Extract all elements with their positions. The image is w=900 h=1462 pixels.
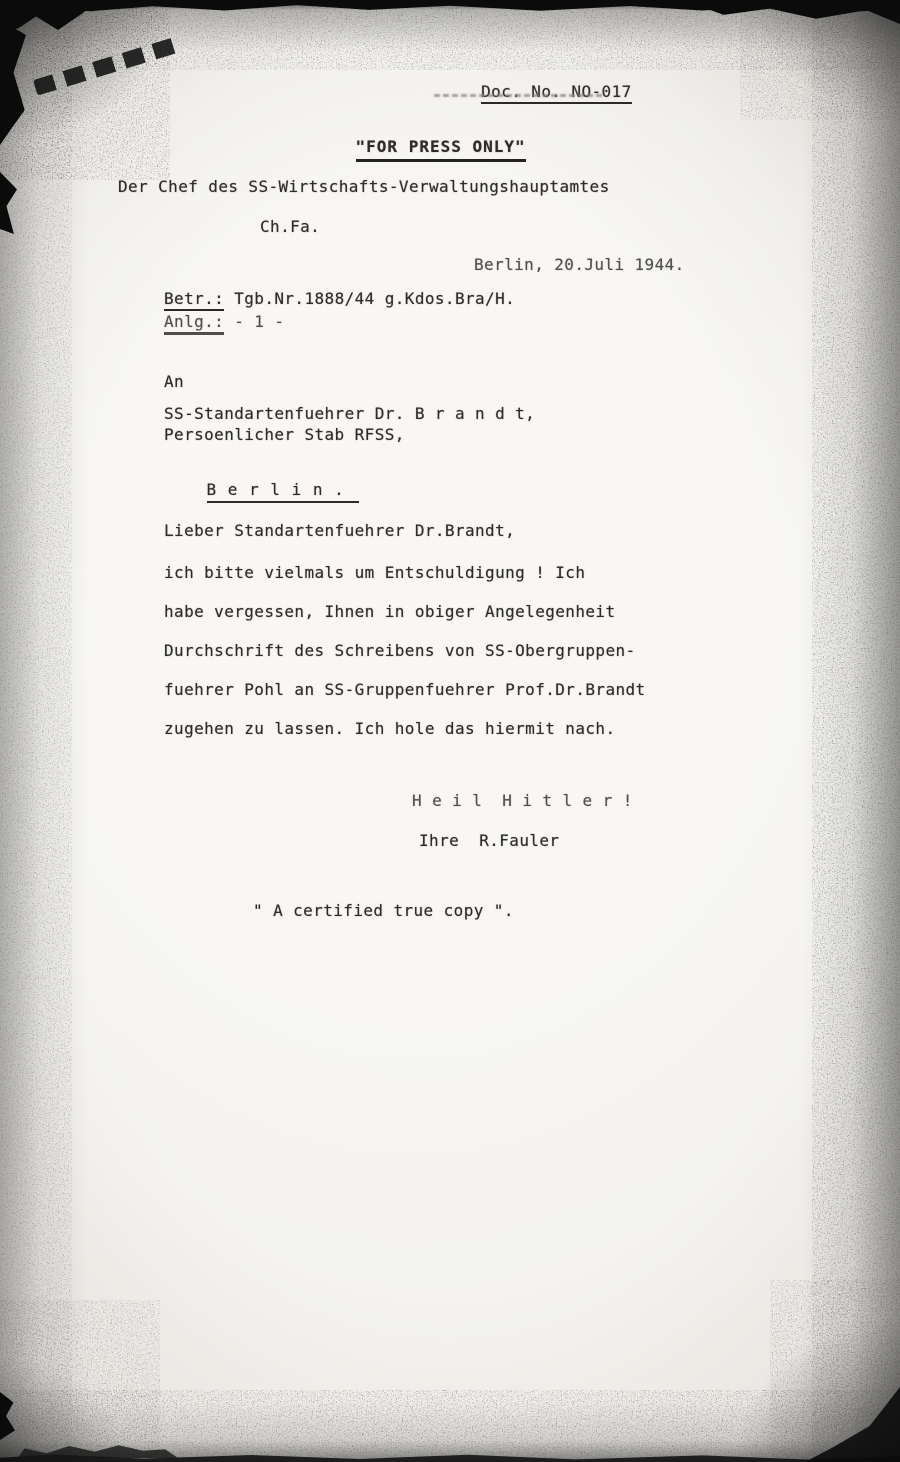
smudge-bottom-left [18,1442,178,1458]
body-line: fuehrer Pohl an SS-Gruppenfuehrer Prof.D… [164,680,646,700]
torn-edge-left-lower [0,1392,15,1440]
signature: Ihre R.Fauler [419,831,559,851]
torn-edge-left-mark [0,172,17,234]
doc-number-text: Doc. No. NO-017 [481,82,632,104]
recipient-city: B e r l i n . [164,460,359,520]
subject-line: Betr.: Tgb.Nr.1888/44 g.Kdos.Bra/H. [164,289,515,309]
body-line: Durchschrift des Schreibens von SS-Oberg… [164,641,636,661]
body-line: habe vergessen, Ihnen in obiger Angelege… [164,602,615,622]
torn-edge-left-upper [0,20,26,145]
recipient-unit: Persoenlicher Stab RFSS, [164,425,405,445]
curled-corner-bottom-right [805,1387,900,1462]
body-line: zugehen zu lassen. Ich hole das hiermit … [164,719,615,739]
salutation: Lieber Standartenfuehrer Dr.Brandt, [164,521,515,541]
torn-corner-top-right [690,0,900,24]
recipient-to: An [164,372,184,392]
enclosure-label: Anlg.: [164,312,224,335]
enclosure-line: Anlg.: - 1 - [164,312,284,332]
recipient-name: SS-Standartenfuehrer Dr. B r a n d t, [164,404,535,424]
letterhead-office: Der Chef des SS-Wirtschafts-Verwaltungsh… [118,177,610,197]
torn-edge-top [0,0,900,15]
doc-number-smudge-line [434,94,602,97]
enclosure-text: - 1 - [224,312,284,331]
body-line: ich bitte vielmals um Entschuldigung ! I… [164,563,585,583]
subject-label: Betr.: [164,289,224,311]
letterhead-ref-code: Ch.Fa. [260,217,320,237]
certification-note: " A certified true copy ". [253,901,514,921]
torn-edge-bottom [0,1450,900,1462]
doc-number: Doc. No. NO-017 [441,62,632,122]
classification-stamp: "FOR PRESS ONLY" [313,117,526,177]
recipient-city-text: B e r l i n . [207,480,359,503]
closing-salute: H e i l H i t l e r ! [412,791,633,811]
classification-text: "FOR PRESS ONLY" [356,137,526,162]
place-date: Berlin, 20.Juli 1944. [474,255,685,275]
subject-text: Tgb.Nr.1888/44 g.Kdos.Bra/H. [224,289,515,308]
scanned-document-page: Doc. No. NO-017 "FOR PRESS ONLY" Der Che… [0,0,900,1462]
tape-mark-top-left [33,36,181,95]
torn-corner-top-left [0,0,100,30]
